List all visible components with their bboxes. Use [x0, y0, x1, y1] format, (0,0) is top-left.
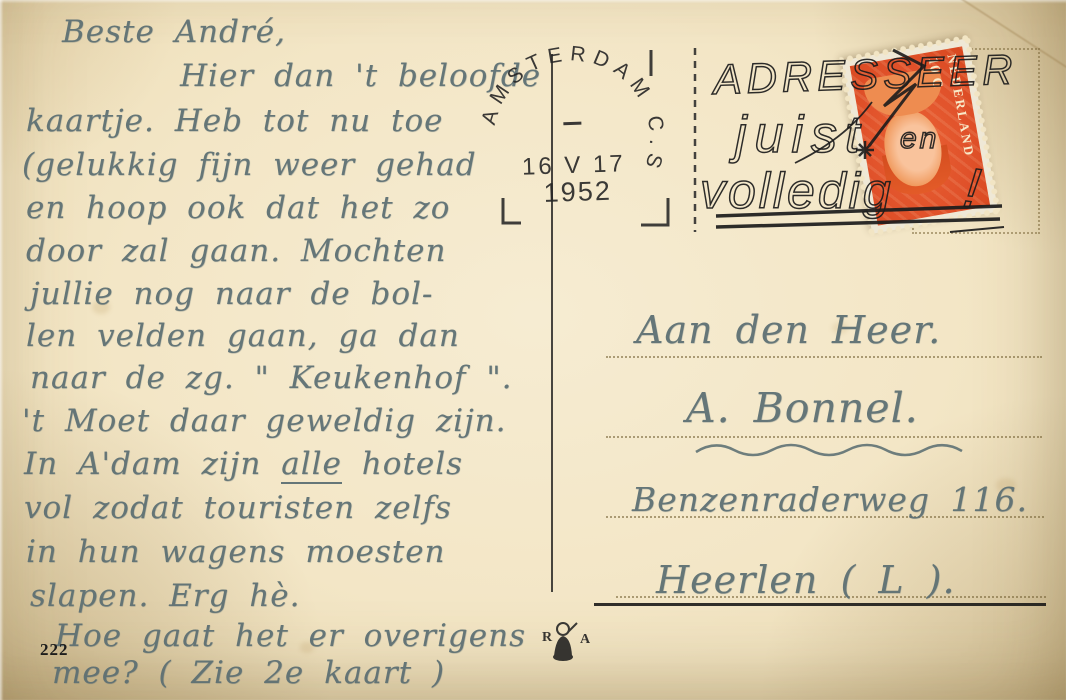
postage-stamp: NEDERLAND 10 C	[842, 38, 999, 234]
underlined-word: alle	[281, 446, 342, 484]
postmark-year: 1952	[543, 176, 612, 208]
message-line: slapen. Erg hè.	[30, 578, 300, 614]
printer-emblem-head	[557, 623, 569, 635]
address-city: Heerlen ( L ).	[656, 558, 956, 602]
address-street: Benzenraderweg 116.	[632, 480, 1028, 519]
name-wavy-underline	[696, 445, 962, 455]
card-number: 222	[40, 640, 69, 660]
printer-mark-left: R	[542, 630, 553, 645]
message-line: Beste André,	[62, 14, 286, 50]
message-line: in hun wagens moesten	[26, 534, 446, 570]
message-line: jullie nog naar de bol-	[30, 276, 433, 312]
message-line: kaartje. Heb tot nu toe	[26, 103, 443, 139]
message-line: len velden gaan, ga dan	[26, 318, 460, 354]
printer-emblem-body	[554, 636, 572, 656]
message-line: naar de zg. " Keukenhof ".	[30, 360, 512, 396]
printer-emblem: R A	[542, 623, 591, 661]
message-line: door zal gaan. Mochten	[26, 233, 446, 269]
message-line: (gelukkig fijn weer gehad	[22, 147, 477, 183]
printer-emblem-base	[553, 653, 573, 661]
address-recipient-name: A. Bonnel.	[686, 384, 919, 432]
postcard-back: 222 Beste André,Hier dan 't beloofdekaar…	[0, 0, 1066, 700]
address-recipient-salutation: Aan den Heer.	[636, 308, 941, 352]
address-rule-2	[606, 436, 1042, 438]
message-line: 't Moet daar geweldig zijn.	[22, 403, 507, 439]
message-line: mee? ( Zie 2e kaart )	[52, 655, 445, 691]
message-line: In A'dam zijn alle hotels	[24, 446, 463, 482]
message-line: Hoe gaat het er overigens	[55, 618, 526, 654]
address-rule-1	[606, 356, 1042, 358]
printer-emblem-arm	[568, 623, 577, 632]
message-line: Hier dan 't beloofde	[180, 58, 541, 94]
message-line: vol zodat touristen zelfs	[24, 490, 452, 526]
address-rule-bottom	[594, 603, 1046, 606]
stamp-design: NEDERLAND 10 C	[850, 46, 990, 225]
postmark-dash	[563, 122, 581, 126]
printer-mark-right: A	[580, 632, 591, 647]
postcard-divider-line	[551, 54, 553, 592]
postmark-date: 16 V 17	[522, 150, 627, 181]
message-line: en hoop ook dat het zo	[26, 190, 450, 226]
